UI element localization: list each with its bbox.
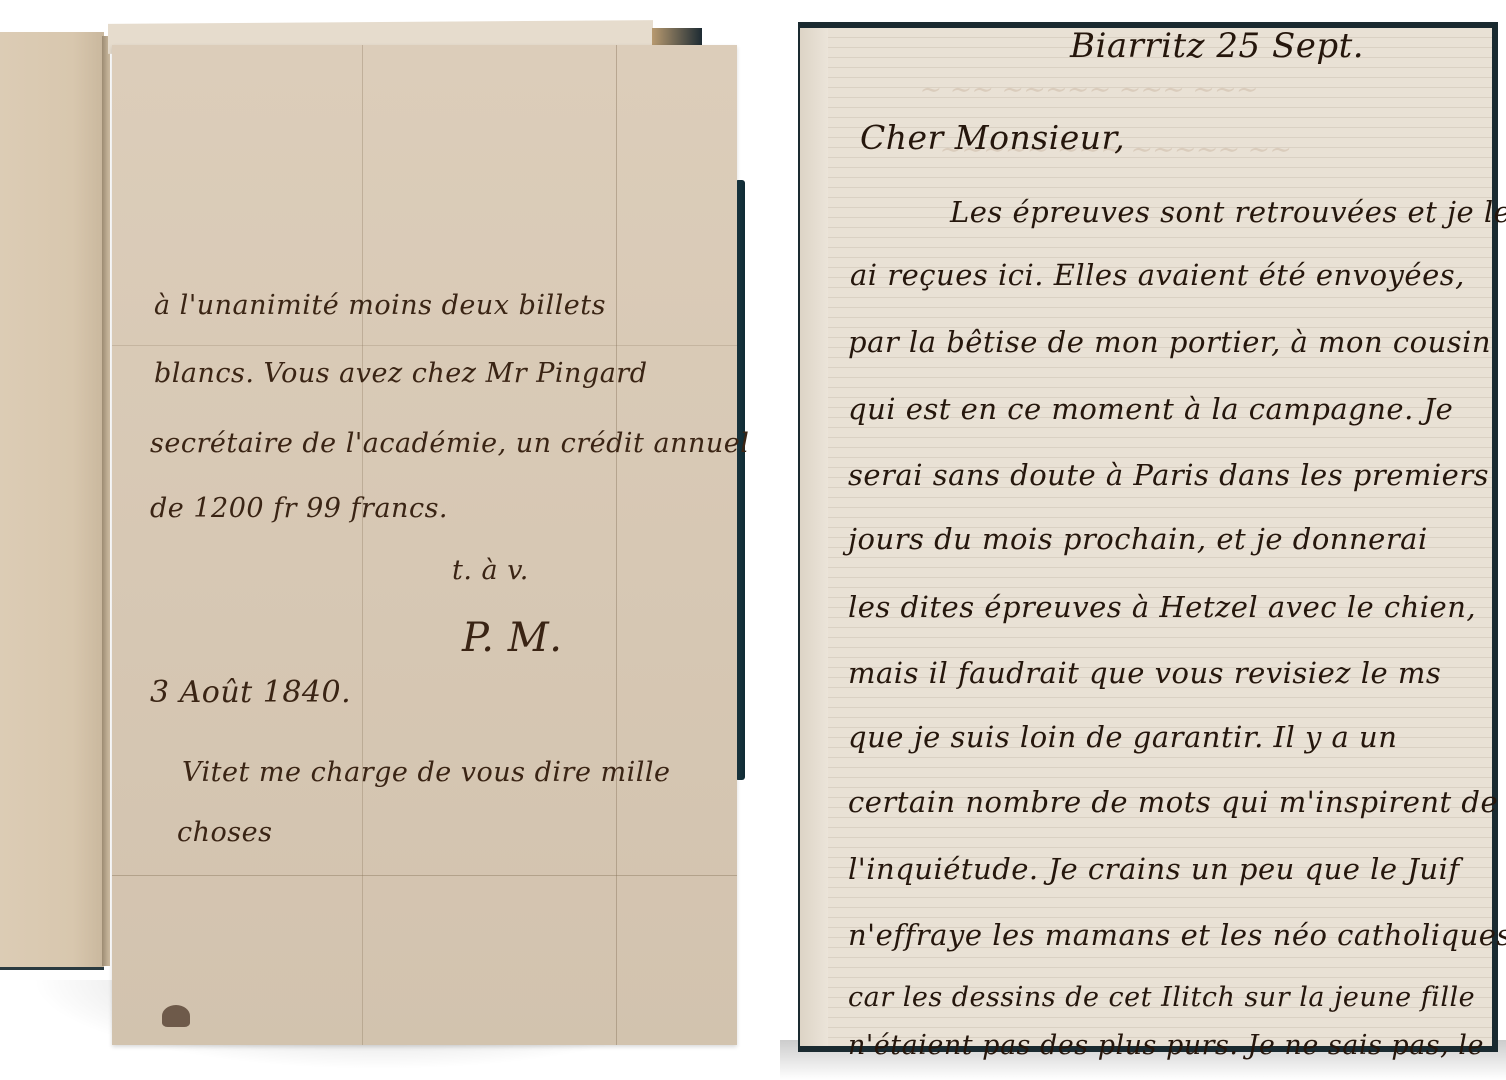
left-photo-bound-letter: à l'unanimité moins deux billets blancs.… [0,0,760,1080]
fold-line [112,345,737,346]
postscript-line: Vitet me charge de vous dire mille [182,757,671,788]
letter-line: Les épreuves sont retrouvées et je les [950,195,1506,229]
letter-line: car les dessins de cet Ilitch sur la jeu… [848,982,1475,1013]
letter-line: qui est en ce moment à la campagne. Je [848,392,1453,426]
letter-line: de 1200 fr 99 francs. [150,493,448,524]
fold-line [616,45,617,1045]
letter-line: serai sans doute à Paris dans les premie… [848,458,1489,492]
fold-line [112,875,737,876]
postscript-line: choses [177,817,272,848]
letter-line: mais il faudrait que vous revisiez le ms [848,656,1441,690]
right-photo-ruled-letter: ~ ~~ ~~~~~ ~~~ ~~~ ~~~~~ ~~~ ~~~~~ ~~ Bi… [780,0,1506,1080]
letter-date: 3 Août 1840. [150,675,351,710]
letter-line: blancs. Vous avez chez Mr Pingard [154,358,647,389]
place-date-heading: Biarritz 25 Sept. [1070,26,1364,66]
letter-line: certain nombre de mots qui m'inspirent d… [848,785,1498,819]
book-left-page [0,32,104,970]
letter-line: que je suis loin de garantir. Il y a un [848,720,1397,754]
letter-closing: t. à v. [452,555,529,586]
letter-line: n'étaient pas des plus purs. Je ne sais … [848,1030,1484,1061]
fold-line [362,45,363,1045]
letter-line: jours du mois prochain, et je donnerai [848,522,1428,556]
letter-line: n'effraye les mamans et les néo catholiq… [848,918,1506,952]
letter-line: par la bêtise de mon portier, à mon cous… [848,325,1491,359]
page-inner-margin [800,28,828,1046]
letter-line: les dites épreuves à Hetzel avec le chie… [848,590,1476,624]
letter-line: à l'unanimité moins deux billets [154,290,606,321]
wax-stain [162,1005,190,1027]
ink-bleed-through: ~ ~~ ~~~~~ ~~~ ~~~ [917,75,1261,105]
folded-letter-sheet: à l'unanimité moins deux billets blancs.… [112,45,737,1045]
signature: P. M. [462,615,562,661]
letter-line: ai reçues ici. Elles avaient été envoyée… [850,258,1465,292]
salutation: Cher Monsieur, [860,118,1125,157]
letter-line: secrétaire de l'académie, un crédit annu… [150,428,749,459]
book-gutter [102,36,110,966]
letter-line: l'inquiétude. Je crains un peu que le Ju… [848,852,1460,886]
